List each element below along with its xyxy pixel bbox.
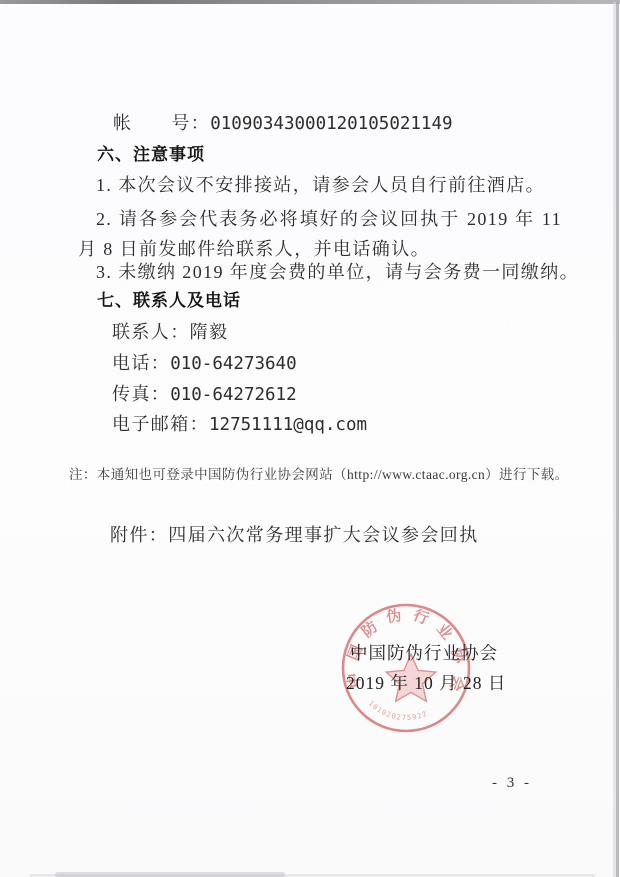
fax-label: 传真：: [112, 384, 170, 404]
fax-line: 传真：010-64272612: [112, 384, 297, 405]
section-contacts-heading: 七、联系人及电话: [97, 291, 241, 311]
attachment-line: 附件：四届六次常务理事扩大会议参会回执: [110, 525, 479, 546]
scan-edge-bottom-smudge: [55, 872, 285, 877]
svg-text:101020275922: 101020275922: [367, 699, 429, 722]
official-seal: 中国防伪行业协会 101020275922: [336, 598, 476, 738]
contact-person-value: 隋毅: [190, 322, 229, 342]
page-number: - 3 -: [492, 775, 532, 792]
signature-date: 2019 年 10 月 28 日: [346, 673, 506, 693]
email-line: 电子邮箱：12751111@qq.com: [112, 414, 367, 435]
account-number-line: 帐号：01090343000120105021149: [113, 113, 453, 134]
note-item-2: 2. 请各参会代表务必将填好的会议回执于 2019 年 11 月 8 日前发邮件…: [78, 205, 562, 264]
phone-value: 010-64273640: [170, 354, 296, 374]
seal-serial: 101020275922: [367, 699, 429, 722]
scanned-document-page: { "doc": { "account": { "label_first": "…: [0, 0, 620, 877]
email-value: 12751111@qq.com: [209, 415, 367, 435]
account-label-first: 帐: [113, 113, 132, 133]
download-note: 注：本通知也可登录中国防伪行业协会网站（http://www.ctaac.org…: [69, 467, 569, 483]
contact-person-label: 联系人：: [112, 322, 190, 342]
note-item-3: 3. 未缴纳 2019 年度会费的单位，请与会务费一同缴纳。: [96, 262, 579, 283]
section-notes-heading: 六、注意事项: [97, 145, 205, 165]
scan-edge-right: [616, 2, 619, 877]
account-number-value: 01090343000120105021149: [210, 114, 452, 134]
note-item-1: 1. 本次会议不安排接站，请参会人员自行前往酒店。: [96, 175, 545, 196]
signature-org: 中国防伪行业协会: [350, 643, 498, 663]
account-label-rest: 号：: [171, 113, 210, 133]
contact-person-line: 联系人：隋毅: [112, 322, 228, 343]
scan-edge-top: [0, 0, 620, 4]
fax-value: 010-64272612: [170, 385, 296, 405]
phone-label: 电话：: [112, 353, 170, 373]
phone-line: 电话：010-64273640: [112, 353, 297, 374]
email-label: 电子邮箱：: [112, 414, 209, 434]
